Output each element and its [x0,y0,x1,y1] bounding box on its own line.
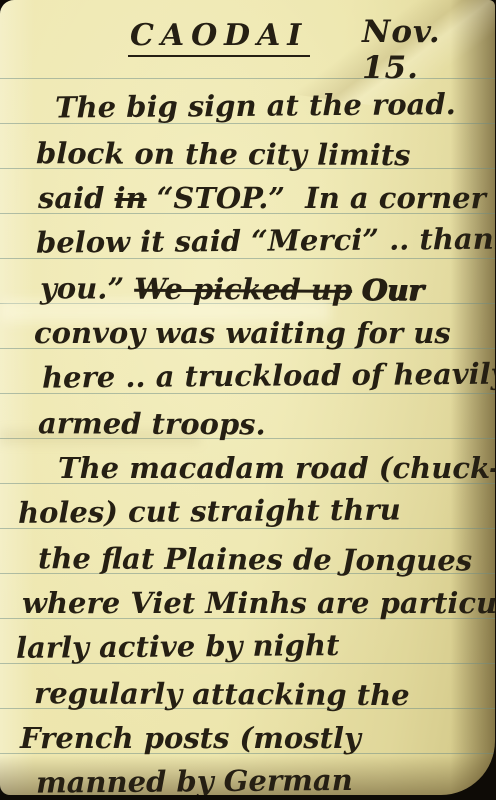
handwritten-line: armed troops. [0,401,495,449]
text-segment [352,273,362,307]
handwritten-line: here .. a truckload of heavily [0,352,495,401]
page-title-word: DAI [222,18,310,57]
handwritten-line: said in “STOP.” In a corner [0,176,495,221]
text-segment: block on the city limits [36,136,411,172]
handwritten-line: below it said “Merci” .. thank [0,217,495,266]
text-segment: said [38,181,115,215]
text-segment: here .. a truckload of heavily [42,357,495,395]
text-segment: you.” [40,271,134,305]
handwritten-line: French posts (mostly [0,716,495,761]
text-segment: holes) cut straight thru [18,493,401,530]
handwritten-line: where Viet Minhs are particu- [0,581,495,626]
handwritten-line: you.” We picked up Our [0,266,495,314]
handwritten-line: larly active by night [0,622,495,671]
handwritten-line: block on the city limits [0,131,495,179]
struck-out-text: in [115,181,147,215]
handwritten-line: manned by German [0,757,495,795]
handwriting-lines: The big sign at the road.block on the ci… [0,86,495,795]
text-segment: below it said “Merci” .. thank [36,222,495,260]
handwritten-line: The macadam road (chuck- [0,446,495,491]
handwritten-line: the flat Plaines de Jongues [0,536,495,584]
text-segment: regularly attacking the [34,676,410,712]
text-segment: manned by German [36,763,353,795]
text-segment: The macadam road (chuck- [58,451,495,485]
page-title-word: CAO [128,18,226,57]
text-segment: convoy was waiting for us [34,316,451,350]
notebook-page: CAO DAI Nov. 15. The big sign at the roa… [0,0,495,795]
text-segment: French posts (mostly [20,721,361,755]
text-segment: Our [362,273,424,307]
handwritten-line: holes) cut straight thru [0,487,495,536]
text-segment: larly active by night [16,628,340,665]
handwritten-line: convoy was waiting for us [0,311,495,356]
page-heading: CAO DAI Nov. 15. [0,10,495,60]
notebook-photo: CAO DAI Nov. 15. The big sign at the roa… [0,0,496,800]
text-segment: where Viet Minhs are particu- [22,586,495,620]
handwritten-line: The big sign at the road. [0,82,495,131]
struck-out-text: We picked up [134,272,352,307]
text-segment: “STOP.” In a corner [147,181,486,215]
entry-date: Nov. 15. [362,14,495,86]
handwritten-line: regularly attacking the [0,671,495,719]
text-segment: the flat Plaines de Jongues [38,541,472,577]
text-segment: The big sign at the road. [55,87,456,124]
text-segment: armed troops. [38,406,266,441]
